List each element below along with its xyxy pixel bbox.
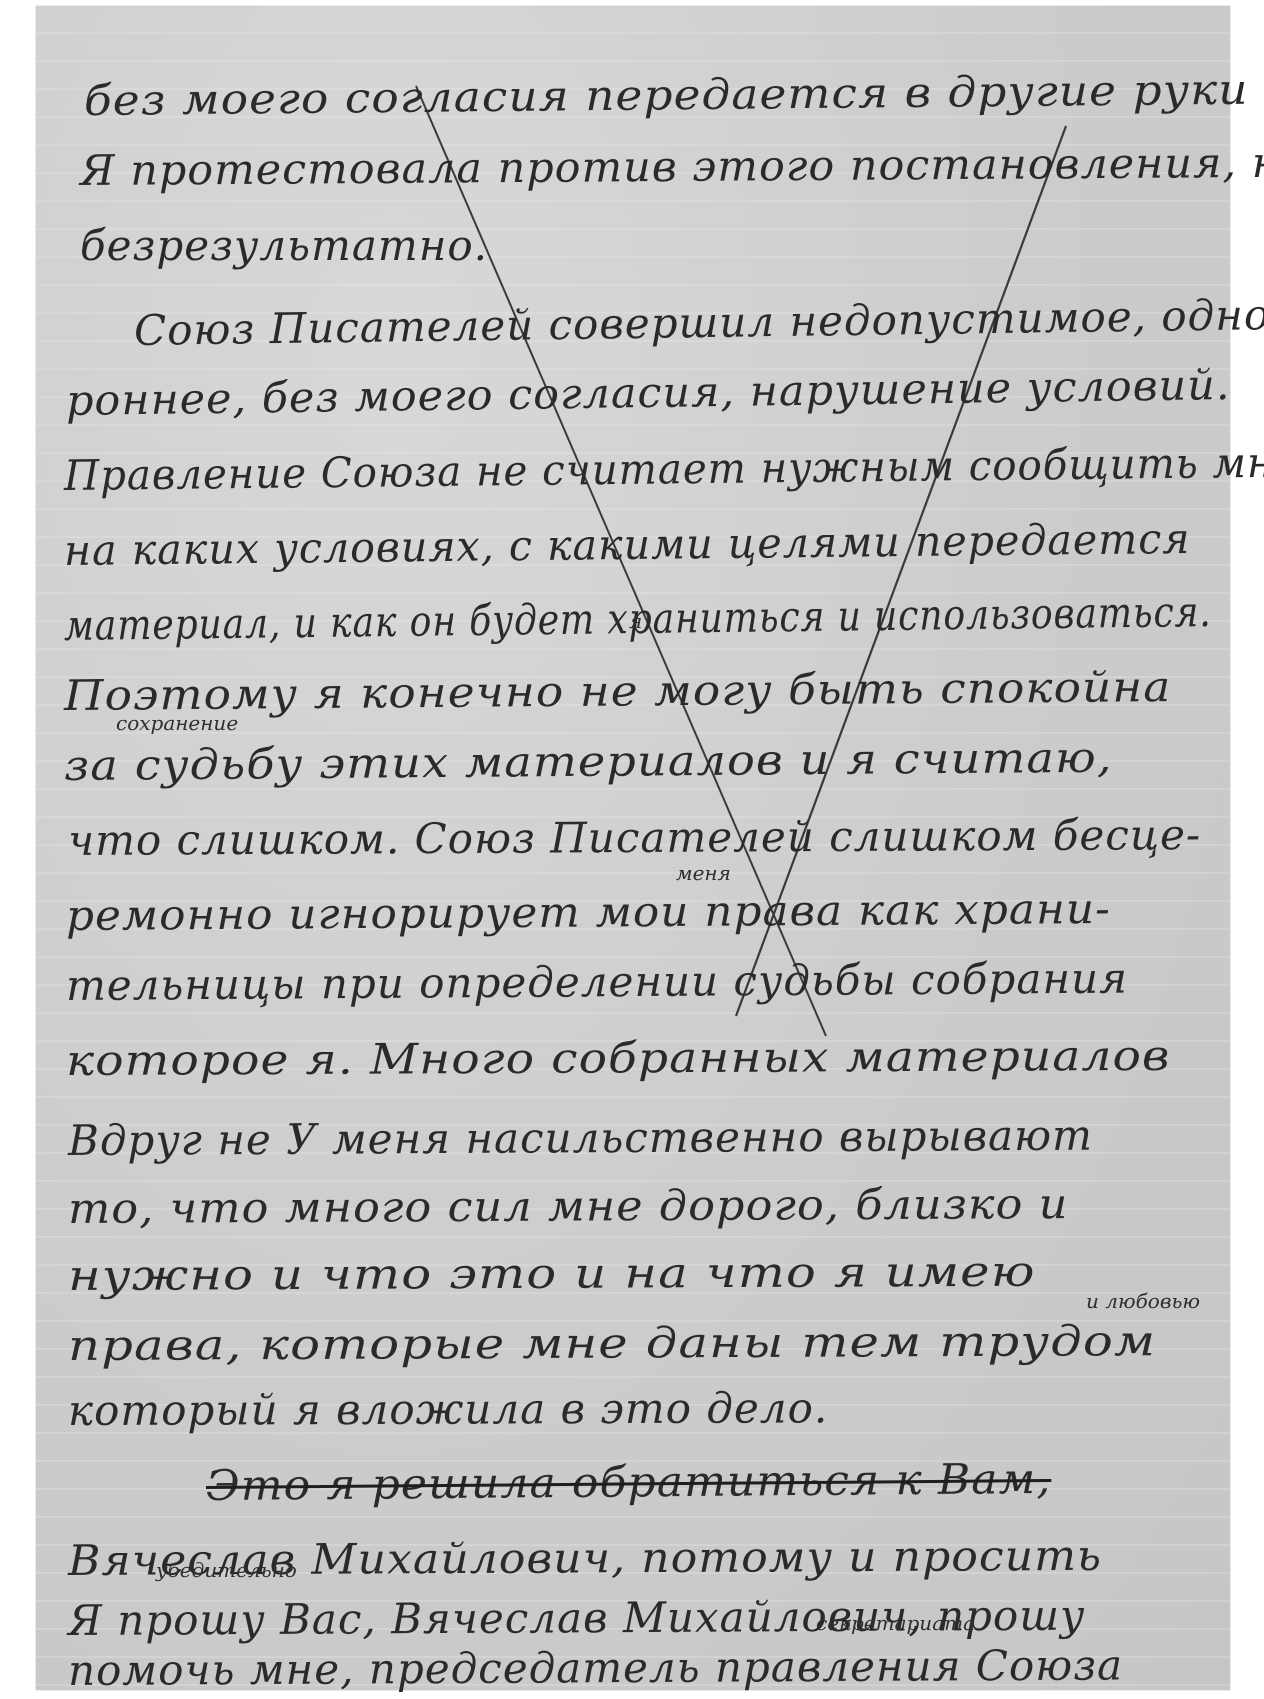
manuscript-line: то, что много сил мне дорого, близко и <box>68 1179 1069 1233</box>
manuscript-line: Союз Писателей совершил недопустимое, од… <box>134 289 1264 355</box>
insertion-text: меня <box>676 861 731 885</box>
insertion-text: я <box>629 609 642 633</box>
manuscript-line: безрезультатно. <box>80 221 488 270</box>
struck-manuscript-line: Это я решила обратиться к Вам, <box>206 1454 1052 1510</box>
manuscript-line: Правление Союза не считает нужным сообщи… <box>64 438 1264 500</box>
manuscript-line: роннее, без моего согласия, нарушение ус… <box>66 360 1231 425</box>
manuscript-line: на каких условиях, с какими целями перед… <box>64 514 1191 575</box>
manuscript-line: Вдруг не У меня насильственно вырывают <box>68 1111 1093 1165</box>
insertion-text: секретариата <box>816 1611 975 1635</box>
manuscript-line: нужно и что это и на что я имею <box>68 1247 1036 1300</box>
insertion-text: убедительно <box>156 1558 297 1582</box>
manuscript-line: Я протестовала против этого постановлени… <box>80 138 1264 195</box>
manuscript-page: без моего согласия передается в другие р… <box>36 6 1230 1690</box>
manuscript-line: который я вложила в это дело. <box>68 1383 828 1435</box>
manuscript-line: что слишком. Союз Писателей слишком бесц… <box>68 810 1201 865</box>
manuscript-line: ремонно игнорирует мои права как храни- <box>66 884 1111 940</box>
manuscript-line: права, которые мне даны тем трудом <box>68 1316 1156 1370</box>
manuscript-line: помочь мне, председатель правления Союза <box>68 1640 1123 1695</box>
insertion-text: и любовью <box>1086 1289 1200 1313</box>
insertion-text: сохранение <box>116 711 238 735</box>
manuscript-line: без моего согласия передается в другие р… <box>84 65 1249 125</box>
manuscript-line: за судьбу этих материалов и я считаю, <box>64 733 1113 790</box>
manuscript-line: которое я. Много собранных материалов <box>66 1031 1171 1085</box>
manuscript-line: тельницы при определении судьбы собрания <box>66 954 1128 1010</box>
